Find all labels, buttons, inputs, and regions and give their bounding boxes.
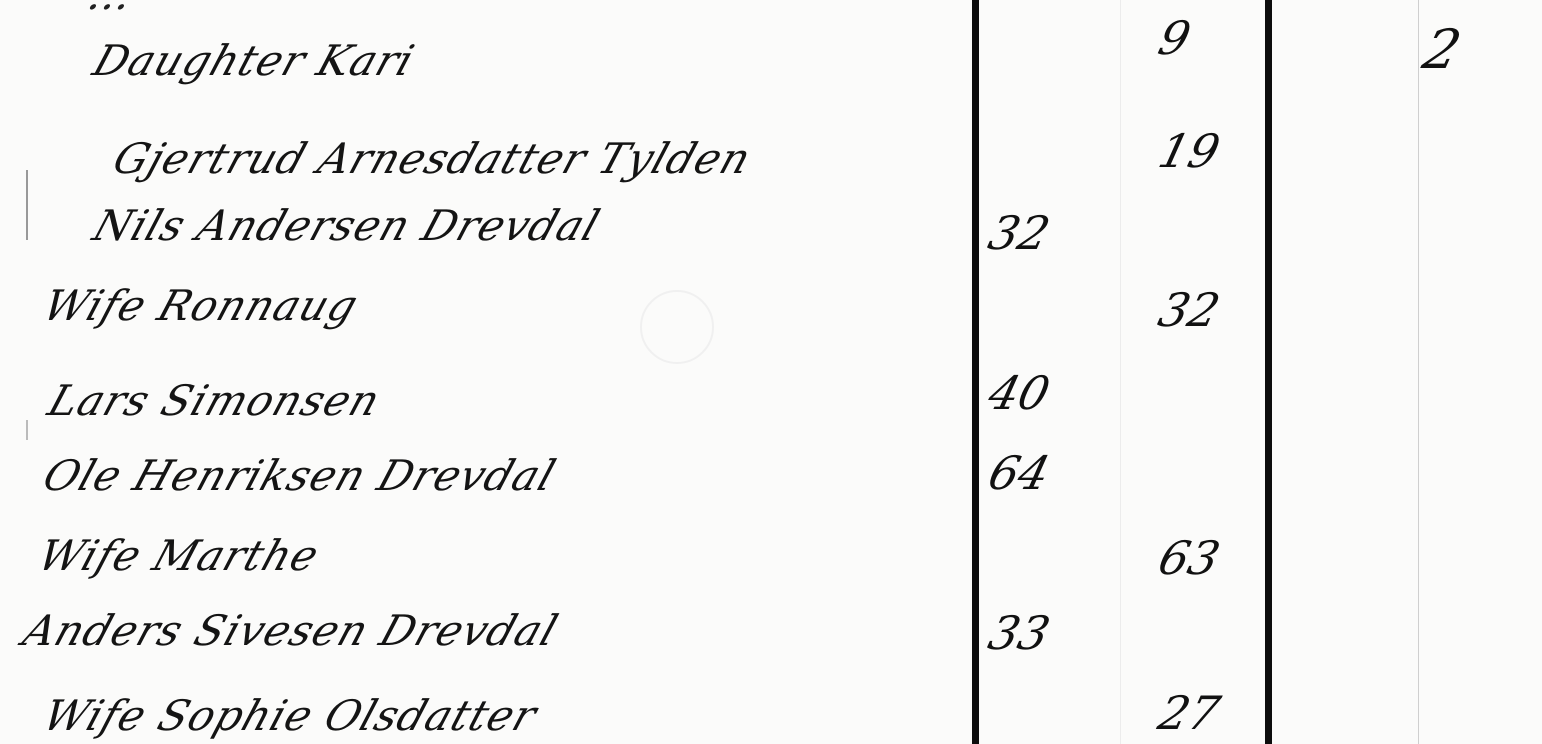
person-name: Anders Sivesen Drevdal bbox=[18, 610, 563, 652]
person-name: Nils Andersen Drevdal bbox=[88, 205, 605, 247]
cutoff-previous-line: … bbox=[82, 0, 140, 19]
register-row: Nils Andersen Drevdal 32 bbox=[0, 190, 1542, 250]
male-age: 32 bbox=[984, 210, 1054, 256]
register-row: Daughter Kari 9 bbox=[0, 25, 1542, 85]
census-page: … 2 Daughter Kari 9 Gjertrud Arnesdatter… bbox=[0, 0, 1542, 744]
male-age: 33 bbox=[984, 610, 1054, 656]
male-age: 64 bbox=[984, 450, 1054, 496]
person-name: Wife Ronnaug bbox=[38, 285, 363, 327]
female-age: 19 bbox=[1154, 128, 1224, 174]
register-row: Anders Sivesen Drevdal 33 bbox=[0, 600, 1542, 660]
female-age: 32 bbox=[1154, 287, 1224, 333]
female-age: 9 bbox=[1154, 15, 1195, 61]
person-name: Wife Sophie Olsdatter bbox=[38, 695, 542, 737]
male-age: 40 bbox=[984, 370, 1054, 416]
register-row: Wife Sophie Olsdatter 27 bbox=[0, 680, 1542, 740]
female-age: 27 bbox=[1154, 690, 1224, 736]
person-name: Ole Henriksen Drevdal bbox=[38, 455, 561, 497]
person-name: Gjertrud Arnesdatter Tylden bbox=[108, 138, 756, 180]
register-row: Lars Simonsen 40 bbox=[0, 360, 1542, 420]
register-row: Wife Ronnaug 32 bbox=[0, 275, 1542, 335]
person-name: Daughter Kari bbox=[88, 40, 419, 82]
margin-mark bbox=[26, 420, 28, 440]
register-row: Wife Marthe 63 bbox=[0, 520, 1542, 580]
person-name: Lars Simonsen bbox=[43, 380, 385, 422]
register-row: Ole Henriksen Drevdal 64 bbox=[0, 440, 1542, 500]
person-name: Wife Marthe bbox=[33, 535, 324, 577]
register-row: Gjertrud Arnesdatter Tylden 19 bbox=[0, 118, 1542, 178]
female-age: 63 bbox=[1154, 535, 1224, 581]
